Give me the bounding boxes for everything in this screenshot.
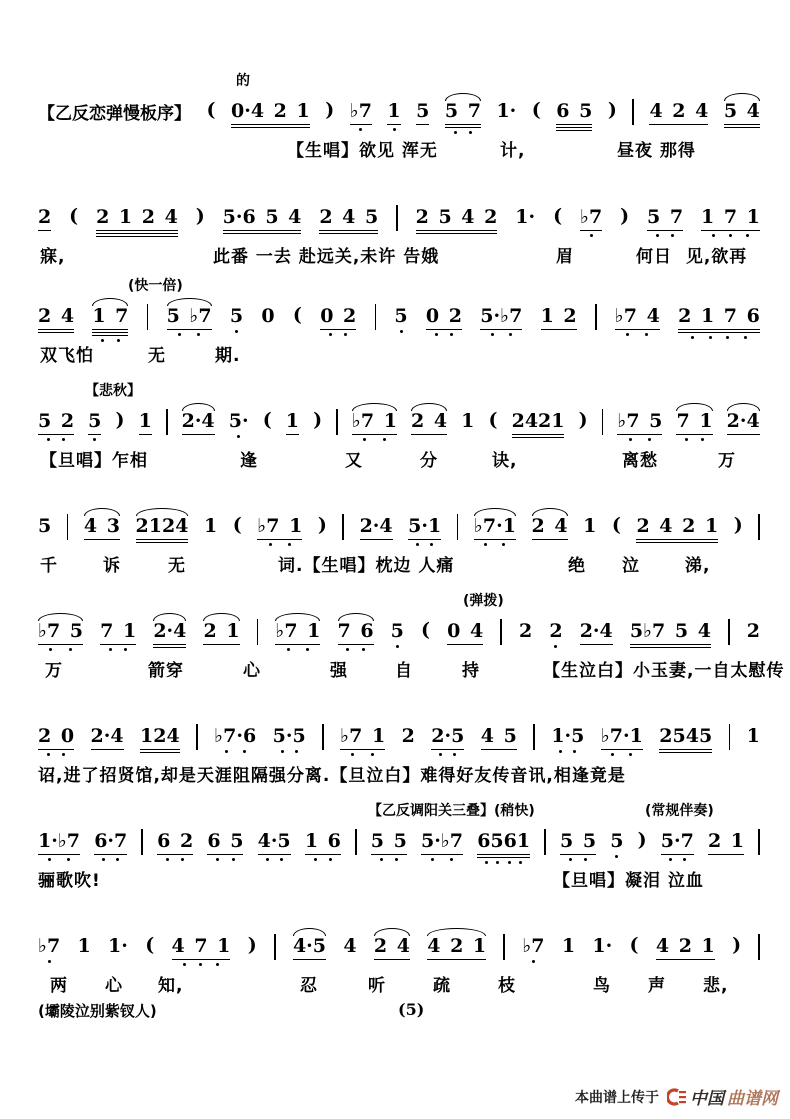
note-digits: 5 [88, 411, 101, 432]
duration-beams [580, 228, 602, 231]
note-digits: 5· [229, 411, 249, 432]
note-token: ♭7 [350, 92, 372, 131]
beam-line [38, 230, 51, 232]
octave-dot [346, 648, 349, 651]
note-digits: 4·5 [293, 936, 326, 957]
barline-icon [336, 409, 338, 435]
duration-beams [580, 642, 613, 645]
barline-icon [533, 724, 535, 750]
octave-dots [481, 861, 526, 864]
duration-beams [431, 747, 464, 750]
barline-icon [166, 409, 168, 435]
note-digits: 2·4 [360, 516, 393, 537]
octave-dots [41, 438, 72, 441]
note-token: 4 [343, 927, 356, 957]
duration-beams [258, 852, 291, 855]
beam-line [258, 854, 291, 856]
octave-dots [428, 333, 459, 336]
lyric-segment: 万 [45, 656, 63, 681]
octave-dot [496, 861, 499, 864]
octave-dots [279, 648, 318, 651]
note-digits: 1 [204, 516, 217, 537]
note-token: 2 [519, 612, 532, 642]
note-digits: 4 7 1 [172, 936, 231, 957]
section-label: 【乙反恋弹慢板序】 [38, 92, 191, 124]
octave-dot [450, 858, 453, 861]
note-digits: 0 2 [320, 306, 356, 327]
beam-line [38, 854, 80, 856]
note-token: 1 [204, 507, 217, 537]
note-digits: ♭7 5 [38, 621, 83, 642]
barline-icon [375, 304, 377, 330]
note-token: 4 2 1 [656, 927, 715, 960]
note-token: 5·5 [273, 717, 306, 753]
duration-beams [38, 642, 83, 645]
note-digits: 5 ♭7 [167, 306, 212, 327]
beam-line [532, 539, 568, 541]
lyric-segment: 听 [368, 971, 386, 996]
beam-line [659, 752, 712, 754]
note-token: 4 7 1 [172, 927, 231, 966]
octave-dots [684, 336, 754, 339]
beam-line [231, 127, 310, 129]
note-token: 2·4 [91, 717, 124, 750]
octave-dot [671, 234, 674, 237]
paren: ) [608, 92, 617, 121]
barline-icon [322, 724, 324, 750]
octave-dots [483, 333, 519, 336]
octave-dot [329, 858, 332, 861]
note-digits: 4·5 [258, 831, 291, 852]
note-token: 2 4 [374, 927, 410, 960]
beam-line [320, 329, 356, 331]
octave-dots [355, 438, 394, 441]
octave-dots [388, 128, 399, 131]
octave-dot [648, 438, 651, 441]
beam-line [338, 644, 374, 646]
duration-beams [38, 432, 74, 435]
duration-beams [387, 122, 400, 125]
score-line: 54 321241(♭7 1)2·45·1♭7·12 41(2 4 2 1)千诉… [0, 507, 790, 591]
note-token: 5·1 [408, 507, 441, 546]
octave-dot [363, 438, 366, 441]
tempo-annotation: 的 [236, 70, 250, 90]
duration-beams [153, 642, 186, 648]
octave-dot [431, 858, 434, 861]
octave-dot [232, 858, 235, 861]
note-digits: 6·7 [94, 831, 127, 852]
note-digits: 2 1 7 6 [678, 306, 760, 327]
note-digits: 2·4 [580, 621, 613, 642]
note-digits: 1 [78, 936, 91, 957]
paren: ( [233, 507, 242, 536]
note-digits: ♭7 [350, 101, 372, 122]
note-token: 1 2 [541, 297, 577, 330]
note-digits: 4 [343, 936, 356, 957]
note-digits: 1 [747, 726, 760, 747]
note-digits: 4 2 1 [427, 936, 486, 957]
octave-dot [584, 858, 587, 861]
octave-dot [453, 753, 456, 756]
beam-line [167, 329, 212, 331]
barline-icon [274, 934, 276, 960]
beam-line [445, 124, 481, 126]
duration-beams [647, 228, 683, 231]
note-digits: 0 2 [426, 306, 462, 327]
beam-line [727, 434, 760, 436]
note-token: ♭7 [580, 198, 602, 237]
note-digits: 1 [139, 411, 152, 432]
note-digits: 1· [496, 101, 516, 122]
duration-beams [157, 852, 193, 855]
octave-dot [709, 336, 712, 339]
duration-beams [445, 122, 481, 128]
score-line: (快一倍)2 41 75 ♭750(0 250 25·♭71 2♭7 42 1 … [0, 297, 790, 381]
paren: ( [630, 927, 639, 956]
lyric-segment: 诀, [492, 446, 517, 471]
note-token: 2 4 5 [319, 198, 378, 234]
note-token: 1 [583, 507, 596, 537]
beam-line [580, 230, 602, 232]
note-digits: 5 [610, 831, 623, 852]
beam-line [724, 127, 760, 129]
note-digits: 0·4 2 1 [231, 101, 310, 122]
note-token: 5·♭7 [421, 822, 463, 861]
octave-dot [573, 750, 576, 753]
lyric-segment: 心 [243, 656, 261, 681]
lyric-segment: 【旦唱】凝泪 泣血 [553, 866, 704, 891]
paren: ( [145, 927, 154, 956]
note-digits: 2 4 [38, 306, 74, 327]
lyric-segment: 无 [168, 551, 186, 576]
note-token: 6 5 [207, 822, 243, 861]
note-token: 1 [747, 717, 760, 747]
octave-dot [691, 336, 694, 339]
note-token: 2 0 [38, 717, 74, 756]
note-token: 4·5 [258, 822, 291, 861]
score-line: (弹拨)♭7 57 12·42 1♭7 17 65(0 4222·45♭7 5 … [0, 612, 790, 696]
beam-line [541, 329, 577, 331]
paren-glyph: ) [115, 409, 124, 431]
note-digits: 2 4 [532, 516, 568, 537]
score-line: 2(2 1 2 4)5·6 5 42 4 52 5 4 21·(♭7)5 71 … [0, 198, 790, 282]
note-token: 2 4 [38, 297, 74, 333]
octave-dot [645, 333, 648, 336]
octave-dot [199, 963, 202, 966]
barline-icon [257, 619, 259, 645]
beam-line [656, 959, 715, 961]
note-token: 2·4 [727, 402, 760, 435]
lyric-segment: 绝 [568, 551, 586, 576]
duration-beams [94, 852, 127, 855]
beam-line [223, 233, 302, 235]
section-label-text: 【乙反恋弹慢板序】 [38, 99, 191, 124]
paren: ) [638, 822, 647, 851]
note-token: 4·5 [293, 927, 326, 960]
note-token: 5 5 [371, 822, 407, 861]
octave-dot [615, 855, 618, 858]
lyric-segment: 心 [105, 971, 123, 996]
octave-dot [371, 753, 374, 756]
beam-line [649, 124, 708, 126]
note-token: 5 [394, 297, 407, 333]
duration-beams [374, 957, 410, 960]
octave-dot [62, 753, 65, 756]
lyric-segment: 又 [345, 446, 363, 471]
paren-glyph: ) [248, 934, 257, 956]
lyric-segment: 逢 [240, 446, 258, 471]
note-digits: ♭7 [522, 936, 544, 957]
duration-beams [426, 327, 462, 330]
beam-line [445, 127, 481, 129]
octave-dots [663, 858, 691, 861]
paren-glyph: ) [325, 99, 334, 121]
note-digits: 2 4 2 1 [636, 516, 718, 537]
paren-glyph: ( [630, 934, 639, 956]
beam-line [223, 230, 302, 232]
note-token: 4 3 [84, 507, 120, 540]
page-number: (5) [398, 1000, 424, 1019]
octave-dot [243, 750, 246, 753]
duration-beams [167, 327, 212, 330]
lyric-segment: 诉 [103, 551, 121, 576]
note-token: 2 [549, 612, 562, 648]
note-digits: 2 1 [708, 831, 744, 852]
paren: ( [612, 507, 621, 536]
octave-dot [383, 438, 386, 441]
note-token: 7 1 [100, 612, 136, 651]
note-digits: 2 0 [38, 726, 74, 747]
octave-dot [416, 543, 419, 546]
octave-dot [47, 438, 50, 441]
note-digits: 2·4 [153, 621, 186, 642]
note-digits: 5·♭7 [421, 831, 463, 852]
note-token: 2 [402, 717, 415, 747]
paren: ) [325, 92, 334, 121]
duration-beams [96, 228, 178, 237]
beam-line [431, 749, 464, 751]
octave-dot [225, 750, 228, 753]
octave-dots [650, 234, 681, 237]
note-digits: 1· [515, 207, 535, 228]
octave-dot [101, 339, 104, 342]
beam-line [92, 329, 128, 331]
beam-line [416, 233, 498, 235]
note-digits: 4 2 1 [656, 936, 715, 957]
lyric-segment: 【生唱】欲见 浑无 [287, 136, 438, 161]
paren: ) [734, 507, 743, 536]
octave-dot [395, 858, 398, 861]
duration-beams [630, 642, 711, 648]
note-token: 2·4 [153, 612, 186, 648]
note-token: 4 2 4 [649, 92, 708, 125]
duration-beams [421, 852, 463, 855]
octave-dots [160, 858, 191, 861]
duration-beams [560, 852, 596, 855]
octave-dots [230, 435, 247, 438]
octave-dot [712, 234, 715, 237]
lyric-segment: 【旦唱】乍相 [40, 446, 148, 471]
beam-line [556, 130, 592, 132]
note-digits: 1·5 [551, 726, 584, 747]
octave-dots [95, 339, 126, 342]
octave-dot [237, 435, 240, 438]
score-page: 的【乙反恋弹慢板序】(0·4 2 1)♭7155 71·(6 5)4 2 45 … [0, 0, 790, 1119]
octave-dot [181, 858, 184, 861]
octave-dot [314, 858, 317, 861]
octave-dots [41, 858, 77, 861]
octave-dot [435, 333, 438, 336]
paren-glyph: ) [734, 514, 743, 536]
octave-dot [116, 858, 119, 861]
octave-dot [269, 543, 272, 546]
beam-line [38, 332, 74, 334]
beam-line [416, 124, 429, 126]
note-token: 0 4 [447, 612, 483, 645]
note-token: 6561 [477, 822, 530, 864]
note-token: 2·4 [182, 402, 215, 435]
beam-line [172, 959, 231, 961]
duration-beams [676, 432, 712, 435]
note-token: 5 4 [724, 92, 760, 128]
duration-beams [708, 852, 744, 855]
note-digits: 1 [286, 411, 299, 432]
beam-line [38, 329, 74, 331]
barline-icon [632, 99, 634, 125]
note-digits: ♭7 4 [615, 306, 660, 327]
octave-dot [400, 330, 403, 333]
duration-beams [182, 432, 215, 435]
note-digits: 6 5 [556, 101, 592, 122]
lyric-segment: 离愁 [622, 446, 658, 471]
beam-line [88, 434, 101, 436]
duration-beams [615, 327, 660, 330]
beam-line [556, 124, 592, 126]
note-digits: 4 2 4 [649, 101, 708, 122]
octave-dots [89, 438, 100, 441]
octave-dot [611, 753, 614, 756]
note-token: ♭7 [522, 927, 544, 963]
beam-line [615, 329, 660, 331]
octave-dot [306, 648, 309, 651]
beam-line [360, 539, 393, 541]
beam-line [96, 236, 178, 238]
duration-beams [223, 228, 302, 234]
beam-line [96, 233, 178, 235]
octave-dot [554, 645, 557, 648]
beam-line [140, 749, 180, 751]
note-token: 7 6 [338, 612, 374, 651]
octave-dots [424, 858, 460, 861]
lyric-segment: 万 [718, 446, 736, 471]
beam-line [136, 539, 189, 541]
note-token: 2 [38, 198, 51, 231]
octave-dot [669, 858, 672, 861]
notation-row: ♭711·(4 7 1)4·542 44 2 1♭711·(4 2 1) [38, 927, 760, 966]
octave-dot [235, 330, 238, 333]
octave-dot [67, 858, 70, 861]
barline-icon [147, 304, 149, 330]
note-token: 1 7 [92, 297, 128, 342]
beam-line [481, 749, 517, 751]
duration-beams [556, 122, 592, 131]
duration-beams [427, 957, 486, 960]
octave-dots [621, 438, 660, 441]
note-digits: 5 4 [724, 101, 760, 122]
paren-glyph: ( [553, 205, 562, 227]
octave-dot [124, 648, 127, 651]
beam-line [319, 230, 378, 232]
beam-line [474, 539, 516, 541]
octave-dots [40, 960, 59, 963]
beam-line [286, 434, 299, 436]
duration-beams [371, 852, 407, 855]
note-digits: 5 5 [371, 831, 407, 852]
octave-dot [216, 963, 219, 966]
note-digits: 2 [519, 621, 532, 642]
upload-credit: 本曲谱上传于 中国 曲谱网 [575, 1084, 778, 1109]
note-token: 1· [515, 198, 535, 228]
beam-line [38, 749, 74, 751]
octave-dot [48, 858, 51, 861]
barline-icon [503, 934, 505, 960]
duration-beams [532, 537, 568, 540]
octave-dot [359, 128, 362, 131]
paren: ( [293, 297, 302, 326]
beam-line [374, 959, 410, 961]
paren: ) [620, 198, 629, 227]
duration-beams [38, 327, 74, 333]
duration-beams [293, 957, 326, 960]
barline-icon [758, 514, 760, 540]
duration-beams [338, 642, 374, 645]
note-token: 2·5 [431, 717, 464, 756]
beam-line [512, 434, 565, 436]
paren-glyph: ) [579, 409, 588, 431]
beam-line [38, 644, 83, 646]
duration-beams [38, 852, 80, 855]
note-token: 6·7 [94, 822, 127, 861]
duration-beams [320, 327, 356, 330]
octave-dot [62, 438, 65, 441]
beam-line [724, 124, 760, 126]
lyric-segment: 疏 [433, 971, 451, 996]
duration-beams [319, 228, 378, 234]
octave-dots [550, 645, 561, 648]
duration-beams [91, 747, 124, 750]
beam-line [659, 749, 712, 751]
note-digits: 5 [416, 101, 429, 122]
note-digits: 2 [549, 621, 562, 642]
octave-dots [275, 750, 303, 753]
note-token: 7 1 [676, 402, 712, 441]
duration-beams [286, 432, 299, 435]
note-digits: 2545 [659, 726, 712, 747]
octave-dot [197, 333, 200, 336]
barline-icon [396, 205, 398, 231]
lyric-segment: 昼夜 那得 [617, 136, 696, 161]
duration-beams [724, 122, 760, 128]
paren: ) [318, 507, 327, 536]
lyric-segment: 声 [648, 971, 666, 996]
score-line: 【悲秋】5 25)12·45·(1)♭7 12 41(2421)♭7 57 12… [0, 402, 790, 486]
note-digits: 1 7 [92, 306, 128, 327]
beam-line [92, 332, 128, 334]
octave-dots [176, 963, 227, 966]
note-token: 5·♭7 [480, 297, 522, 336]
beam-line [38, 434, 74, 436]
lyric-segment: 分 [420, 446, 438, 471]
